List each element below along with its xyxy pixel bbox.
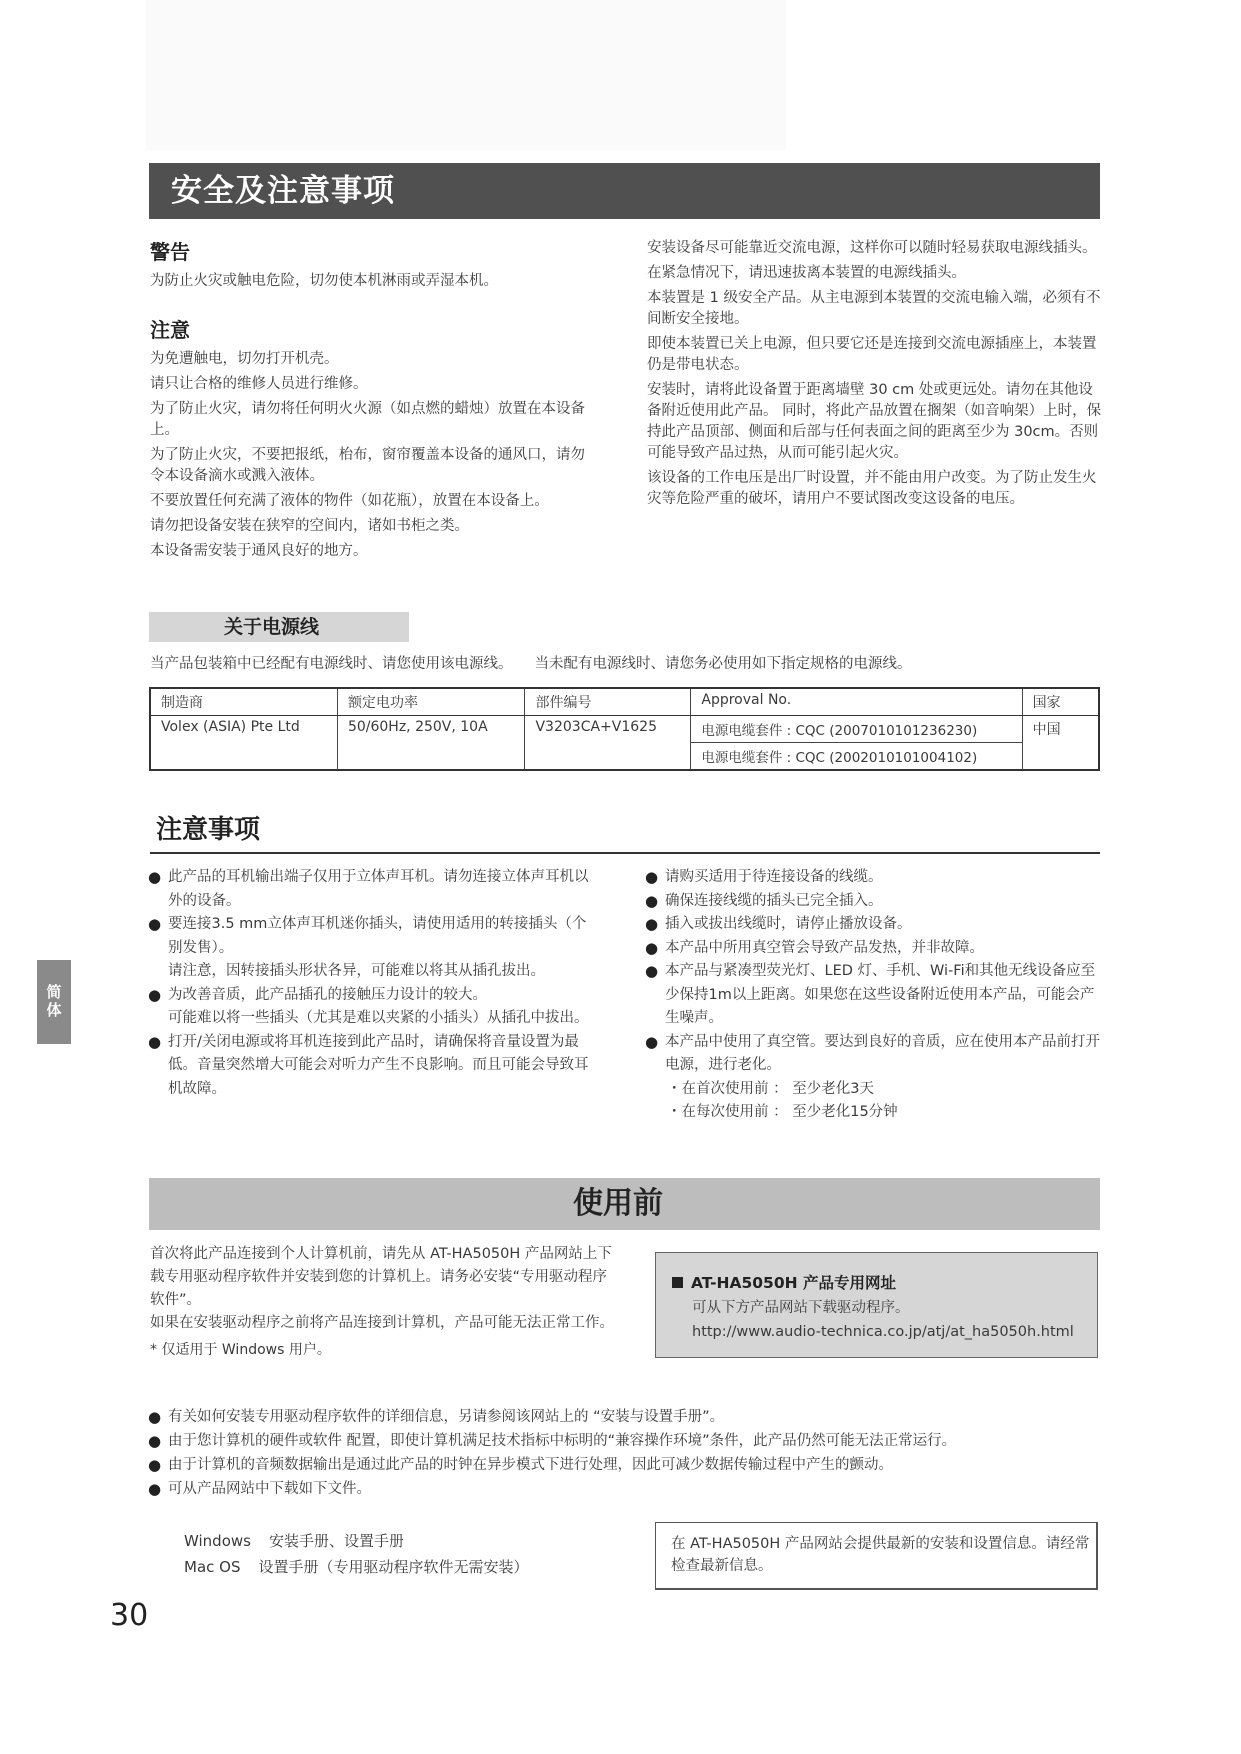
list-item-text: 由于计算机的音频数据输出是通过此产品的时钟在异步模式下进行处理，因此可减少数据传… (168, 1457, 893, 1473)
caution-line: 为了防止火灾，不要把报纸，枱布，窗帘覆盖本设备的通风口，请勿令本设备滴水或溅入液… (150, 445, 595, 487)
latest-info-notice: 在 AT-HA5050H 产品网站会提供最新的安装和设置信息。请经常检查最新信息… (655, 1522, 1098, 1590)
list-item: 本产品中所用真空管会导致产品发热，并非故障。 (647, 937, 1102, 961)
url-box-title-text: AT-HA5050H 产品专用网址 (691, 1274, 896, 1292)
power-cord-note-1: 当产品包装箱中已经配有电源线时、请您使用该电源线。 (150, 656, 513, 672)
caution-heading: 注意 (150, 314, 595, 343)
url-box-desc: 可从下方产品网站下载驱动程序。 (672, 1296, 1097, 1320)
scan-shading (146, 0, 786, 150)
list-item-text: 本产品中所用真空管会导致产品发热，并非故障。 (665, 940, 984, 956)
list-item: 插入或拔出线缆时，请停止播放设备。 (647, 913, 1102, 937)
safety-line: 本装置是 1 级安全产品。从主电源到本装置的交流电输入端，必须有不间断安全接地。 (647, 288, 1102, 330)
col-header: 部件编号 (525, 688, 691, 716)
part-no-cell: V3203CA+V1625 (525, 716, 691, 771)
caution-line: 请勿把设备安装在狭窄的空间内，诸如书柜之类。 (150, 516, 595, 537)
safety-line: 在紧急情况下，请迅速拔离本装置的电源线插头。 (647, 263, 1102, 284)
col-header: 额定电功率 (337, 688, 525, 716)
before-use-intro: 首次将此产品连接到个人计算机前，请先从 AT-HA5050H 产品网站上下载专用… (150, 1243, 620, 1366)
list-item-text: 插入或拔出线缆时，请停止播放设备。 (665, 916, 912, 932)
file-row: Windows安装手册、设置手册 (184, 1528, 529, 1554)
precautions-section-title: 注意事项 (150, 810, 1100, 854)
precautions-right-list: 请购买适用于待连接设备的线缆。 确保连接线缆的插头已完全插入。 插入或拔出线缆时… (647, 866, 1102, 1125)
power-cord-table: 制造商 额定电功率 部件编号 Approval No. 国家 Volex (AS… (149, 687, 1100, 771)
product-url-box: AT-HA5050H 产品专用网址 可从下方产品网站下载驱动程序。 http:/… (655, 1252, 1098, 1358)
product-url-link[interactable]: http://www.audio-technica.co.jp/atj/at_h… (672, 1320, 1097, 1344)
url-box-title: AT-HA5050H 产品专用网址 (672, 1271, 1097, 1293)
language-tab: 简体 (37, 960, 71, 1044)
list-item: 请购买适用于待连接设备的线缆。 (647, 866, 1102, 890)
caution-line: 为了防止火灾，请勿将任何明火火源（如点燃的蜡烛）放置在本设备上。 (150, 399, 595, 441)
caution-line: 不要放置任何充满了液体的物件（如花瓶），放置在本设备上。 (150, 491, 595, 512)
list-item: 由于计算机的音频数据输出是通过此产品的时钟在异步模式下进行处理，因此可减少数据传… (150, 1453, 1100, 1477)
precautions-left-list: 此产品的耳机输出端子仅用于立体声耳机。请勿连接立体声耳机以外的设备。 要连接3.… (150, 866, 595, 1101)
col-header: 国家 (1022, 688, 1099, 716)
square-bullet-icon (672, 1277, 683, 1288)
list-item-text: 打开/关闭电源或将耳机连接到此产品时，请确保将音量设置为最低。音量突然增大可能会… (168, 1034, 589, 1097)
intro-line: 如果在安装驱动程序之前将产品连接到计算机，产品可能无法正常工作。 (150, 1312, 620, 1335)
intro-line: 首次将此产品连接到个人计算机前，请先从 AT-HA5050H 产品网站上下载专用… (150, 1243, 620, 1312)
approval-cell: 电源电缆套件 : CQC (2007010101236230) (691, 716, 1022, 743)
caution-block: 注意 为免遭触电，切勿打开机壳。 请只让合格的维修人员进行维修。 为了防止火灾，… (150, 314, 595, 566)
list-item: 由于您计算机的硬件或软件 配置，即使计算机满足技术指标中标明的“兼容操作环境”条… (150, 1429, 1100, 1453)
col-header: Approval No. (691, 688, 1022, 716)
rating-cell: 50/60Hz, 250V, 10A (337, 716, 525, 771)
manufacturer-cell: Volex (ASIA) Pte Ltd (150, 716, 337, 771)
list-item: 为改善音质，此产品插孔的接触压力设计的较大。可能难以将一些插头（尤其是难以夹紧的… (150, 984, 595, 1031)
before-use-list: 有关如何安装专用驱动程序软件的详细信息，另请参阅该网站上的 “安装与设置手册”。… (150, 1405, 1100, 1501)
file-os: Windows (184, 1532, 251, 1550)
file-row: Mac OS设置手册（专用驱动程序软件无需安装） (184, 1554, 529, 1580)
file-os: Mac OS (184, 1558, 240, 1576)
list-item: 此产品的耳机输出端子仅用于立体声耳机。请勿连接立体声耳机以外的设备。 (150, 866, 595, 913)
power-cord-note: 当产品包装箱中已经配有电源线时、请您使用该电源线。当未配有电源线时、请您务必使用… (150, 652, 912, 673)
list-item-text: 本产品中使用了真空管。要达到良好的音质，应在使用本产品前打开电源，进行老化。 (665, 1034, 1100, 1074)
warning-text: 为防止火灾或触电危险，切勿使本机淋雨或弄湿本机。 (150, 271, 595, 292)
safety-line: 安装设备尽可能靠近交流电源，这样你可以随时轻易获取电源线插头。 (647, 238, 1102, 259)
file-docs: 设置手册（专用驱动程序软件无需安装） (258, 1558, 528, 1576)
caution-line: 为免遭触电，切勿打开机壳。 (150, 349, 595, 370)
list-item: 打开/关闭电源或将耳机连接到此产品时，请确保将音量设置为最低。音量突然增大可能会… (150, 1031, 595, 1102)
before-use-section-title: 使用前 (149, 1178, 1100, 1230)
safety-line: 该设备的工作电压是出厂时设置，并不能由用户改变。为了防止发生火灾等危险严重的破坏… (647, 468, 1102, 510)
safety-section-title: 安全及注意事项 (149, 163, 1100, 219)
list-item-text: 为改善音质，此产品插孔的接触压力设计的较大。 (168, 987, 487, 1003)
safety-line: 即使本装置已关上电源，但只要它还是连接到交流电源插座上，本装置仍是带电状态。 (647, 334, 1102, 376)
country-cell: 中国 (1022, 716, 1099, 771)
list-item: 本产品与紧凑型荧光灯、LED 灯、手机、Wi-Fi和其他无线设备应至少保持1m以… (647, 960, 1102, 1031)
list-item-text: 确保连接线缆的插头已完全插入。 (665, 893, 883, 909)
list-item: 本产品中使用了真空管。要达到良好的音质，应在使用本产品前打开电源，进行老化。 ・… (647, 1031, 1102, 1125)
footnote: * 仅适用于 Windows 用户。 (150, 1339, 620, 1362)
power-cord-note-2: 当未配有电源线时、请您务必使用如下指定规格的电源线。 (535, 656, 912, 672)
list-item: 有关如何安装专用驱动程序软件的详细信息，另请参阅该网站上的 “安装与设置手册”。 (150, 1405, 1100, 1429)
warning-block: 警告 为防止火灾或触电危险，切勿使本机淋雨或弄湿本机。 (150, 236, 595, 296)
table-row: Volex (ASIA) Pte Ltd 50/60Hz, 250V, 10A … (150, 716, 1099, 743)
col-header: 制造商 (150, 688, 337, 716)
aging-note: ・在每次使用前 ： 至少老化15分钟 (665, 1101, 1102, 1125)
caution-line: 请只让合格的维修人员进行维修。 (150, 374, 595, 395)
page-number: 30 (110, 1598, 148, 1633)
list-item-text: 此产品的耳机输出端子仅用于立体声耳机。请勿连接立体声耳机以外的设备。 (168, 869, 589, 909)
list-item: 可从产品网站中下载如下文件。 (150, 1477, 1100, 1501)
caution-line: 本设备需安装于通风良好的地方。 (150, 541, 595, 562)
safety-right-column: 安装设备尽可能靠近交流电源，这样你可以随时轻易获取电源线插头。 在紧急情况下，请… (647, 238, 1102, 514)
power-cord-title: 关于电源线 (149, 612, 409, 642)
list-item: 要连接3.5 mm立体声耳机迷你插头，请使用适用的转接插头（个别发售）。请注意，… (150, 913, 595, 984)
caution-text: 为免遭触电，切勿打开机壳。 请只让合格的维修人员进行维修。 为了防止火灾，请勿将… (150, 349, 595, 562)
list-item-text: 可从产品网站中下载如下文件。 (168, 1481, 371, 1497)
list-item-subtext: 请注意，因转接插头形状各异，可能难以将其从插孔拔出。 (168, 960, 595, 984)
list-item-text: 由于您计算机的硬件或软件 配置，即使计算机满足技术指标中标明的“兼容操作环境”条… (168, 1433, 956, 1449)
list-item-text: 请购买适用于待连接设备的线缆。 (665, 869, 883, 885)
file-docs: 安装手册、设置手册 (269, 1532, 404, 1550)
safety-line: 安装时，请将此设备置于距离墙壁 30 cm 处或更远处。请勿在其他设备附近使用此… (647, 380, 1102, 464)
warning-heading: 警告 (150, 236, 595, 265)
list-item-text: 有关如何安装专用驱动程序软件的详细信息，另请参阅该网站上的 “安装与设置手册”。 (168, 1409, 724, 1425)
download-files-list: Windows安装手册、设置手册 Mac OS设置手册（专用驱动程序软件无需安装… (184, 1528, 529, 1580)
list-item-text: 要连接3.5 mm立体声耳机迷你插头，请使用适用的转接插头（个别发售）。 (168, 916, 586, 956)
table-header-row: 制造商 额定电功率 部件编号 Approval No. 国家 (150, 688, 1099, 716)
warning-line: 为防止火灾或触电危险，切勿使本机淋雨或弄湿本机。 (150, 271, 595, 292)
approval-cell: 电源电缆套件 : CQC (2002010101004102) (691, 743, 1022, 771)
list-item: 确保连接线缆的插头已完全插入。 (647, 890, 1102, 914)
list-item-subtext: 可能难以将一些插头（尤其是难以夹紧的小插头）从插孔中拔出。 (168, 1007, 595, 1031)
list-item-text: 本产品与紧凑型荧光灯、LED 灯、手机、Wi-Fi和其他无线设备应至少保持1m以… (665, 963, 1095, 1026)
aging-note: ・在首次使用前 ： 至少老化3天 (665, 1078, 1102, 1102)
